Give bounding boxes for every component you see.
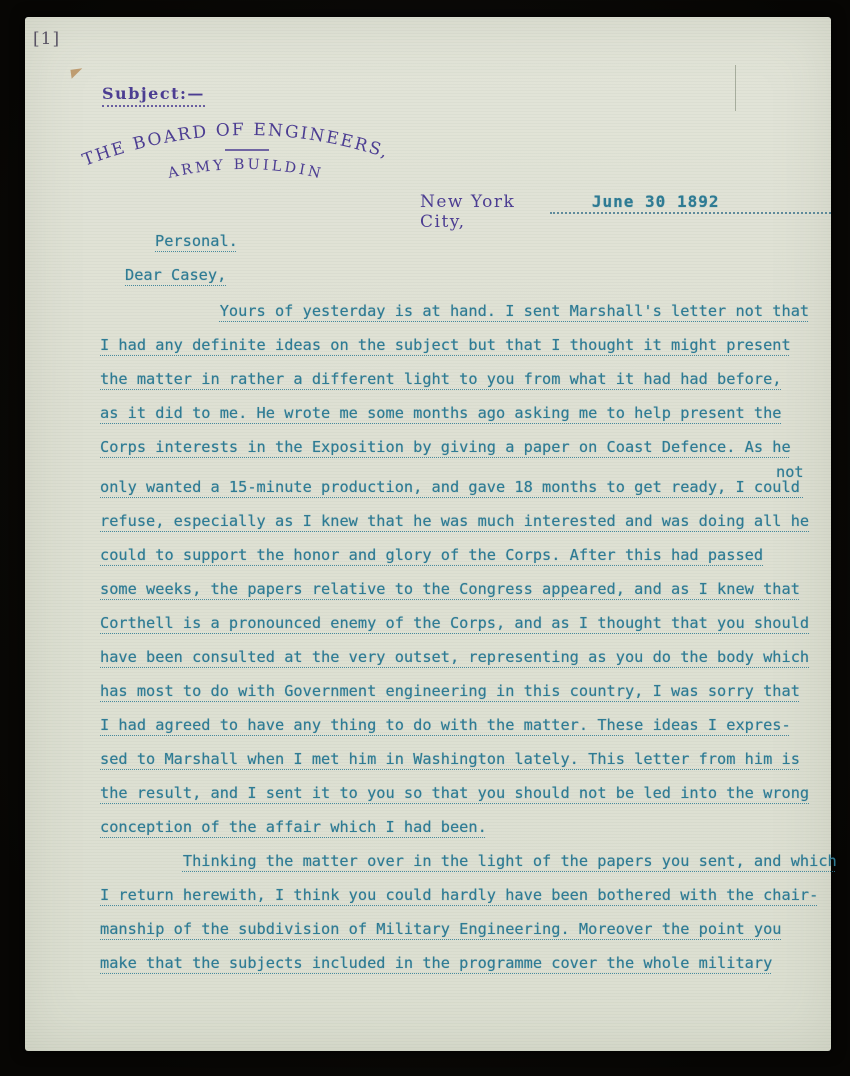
body-line: Corthell is a pronounced enemy of the Co… (100, 606, 840, 640)
body-line: conception of the affair which I had bee… (100, 810, 840, 844)
body-line: Thinking the matter over in the light of… (100, 844, 840, 878)
letter-paper: [1] Subject:— THE BOARD OF ENGINEERS, AR… (25, 17, 831, 1051)
body-line: I return herewith, I think you could har… (100, 878, 840, 912)
body-line: I had any definite ideas on the subject … (100, 328, 840, 362)
letterhead-arch: THE BOARD OF ENGINEERS, ARMY BUILDING. (77, 100, 457, 210)
body-line: the matter in rather a different light t… (100, 362, 840, 396)
body-line: as it did to me. He wrote me some months… (100, 396, 840, 430)
dateline-rule: June 30 1892 (550, 192, 831, 214)
salutation: Dear Casey, (125, 258, 840, 292)
body-line: make that the subjects included in the p… (100, 946, 840, 980)
body-line: have been consulted at the very outset, … (100, 640, 840, 674)
paper-crease (735, 65, 736, 111)
dateline-date: June 30 1892 (592, 192, 720, 211)
scanned-letter-page: [1] Subject:— THE BOARD OF ENGINEERS, AR… (0, 0, 850, 1076)
body-line: some weeks, the papers relative to the C… (100, 572, 840, 606)
body-line: has most to do with Government engineeri… (100, 674, 840, 708)
body-line: only wanted a 15-minute production, and … (100, 464, 840, 504)
body-line: the result, and I sent it to you so that… (100, 776, 840, 810)
paper-corner-chip (70, 68, 83, 79)
inserted-word: not (776, 463, 804, 481)
body-line: I had agreed to have any thing to do wit… (100, 708, 840, 742)
body-line: could to support the honor and glory of … (100, 538, 840, 572)
body-line: refuse, especially as I knew that he was… (100, 504, 840, 538)
body-line: Corps interests in the Exposition by giv… (100, 430, 840, 464)
letter-text: Personal. Dear Casey, Yours of yesterday… (100, 224, 840, 980)
letter-body: Yours of yesterday is at hand. I sent Ma… (100, 294, 840, 980)
page-number-marker: [1] (33, 29, 60, 49)
body-line: Yours of yesterday is at hand. I sent Ma… (100, 294, 840, 328)
privacy-note: Personal. (155, 224, 840, 258)
body-line: sed to Marshall when I met him in Washin… (100, 742, 840, 776)
body-line: manship of the subdivision of Military E… (100, 912, 840, 946)
